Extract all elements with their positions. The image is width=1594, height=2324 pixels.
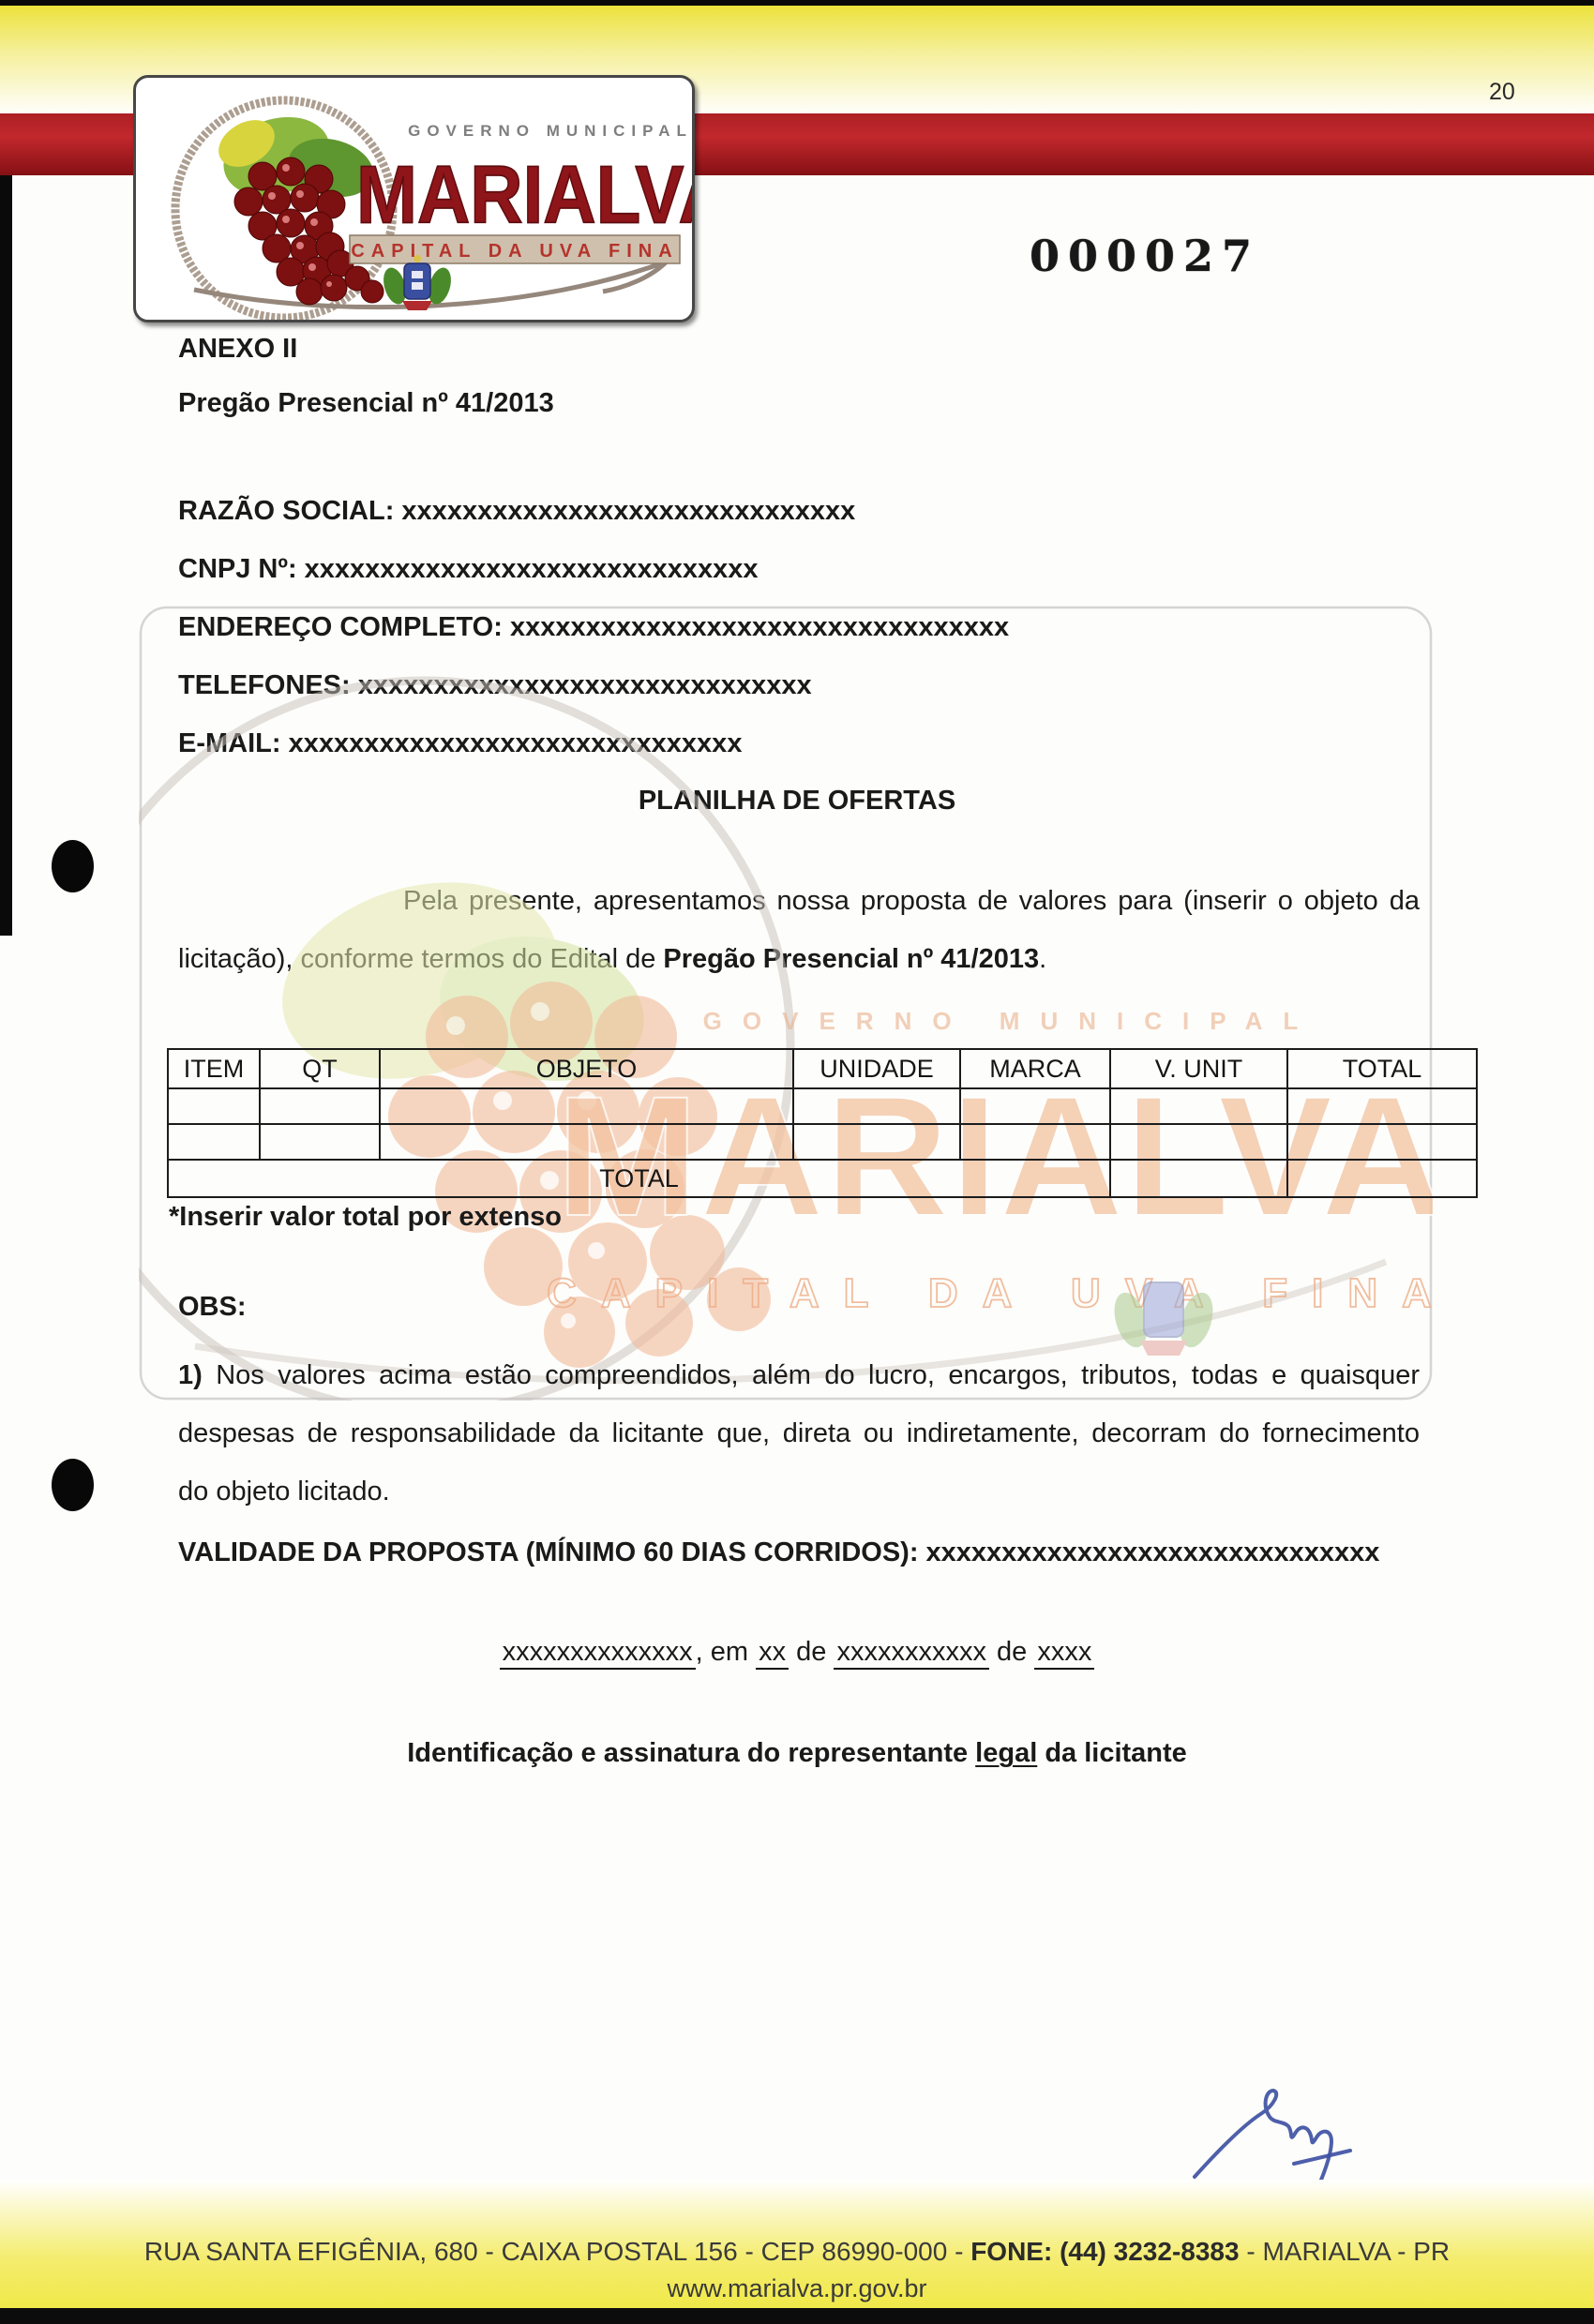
field-label: E-MAIL:	[178, 728, 281, 758]
field-razao-social: RAZÃO SOCIAL: xxxxxxxxxxxxxxxxxxxxxxxxxx…	[178, 482, 1009, 540]
signature-caption: Identificação e assinatura do representa…	[0, 1738, 1594, 1769]
logo-governo-text: GOVERNO MUNICIPAL	[408, 122, 692, 140]
logo-tagline-text: CAPITAL DA UVA FINA	[351, 241, 678, 262]
obs-paragraph: 1) Nos valores acima estão compreendidos…	[178, 1346, 1420, 1521]
col-header-unidade: UNIDADE	[793, 1049, 960, 1088]
scanned-document-page: 20 GOVERN	[0, 0, 1594, 2324]
marialva-logo-art: GOVERNO MUNICIPAL MARIALVA CAPITAL DA UV…	[136, 78, 692, 320]
page-number: 20	[1489, 79, 1515, 106]
document-number-stamp: 000027	[1030, 231, 1260, 281]
footer-address: RUA SANTA EFIGÊNIA, 680 - CAIXA POSTAL 1…	[144, 2237, 970, 2266]
field-label: ENDEREÇO COMPLETO:	[178, 612, 503, 642]
field-value: xxxxxxxxxxxxxxxxxxxxxxxxxxxxxx	[297, 554, 759, 584]
col-header-qt: QT	[260, 1049, 380, 1088]
paragraph-line-1: Pela presente, apresentamos nossa propos…	[178, 872, 1420, 930]
dateline-sep: de	[789, 1637, 834, 1667]
offers-table: ITEM QT OBJETO UNIDADE MARCA V. UNIT TOT…	[167, 1048, 1478, 1198]
obs-label: OBS:	[178, 1292, 247, 1323]
punch-hole-top	[52, 840, 94, 892]
footer-website: www.marialva.pr.gov.br	[0, 2274, 1594, 2303]
total-vunit-cell	[1110, 1160, 1287, 1197]
field-value: xxxxxxxxxxxxxxxxxxxxxxxxxxxxxx	[281, 728, 743, 758]
footer-city: - MARIALVA - PR	[1240, 2237, 1451, 2266]
field-endereco: ENDEREÇO COMPLETO: xxxxxxxxxxxxxxxxxxxxx…	[178, 598, 1009, 656]
col-header-objeto: OBJETO	[380, 1049, 793, 1088]
city-date-line: xxxxxxxxxxxxxx, em xx de xxxxxxxxxxx de …	[0, 1637, 1594, 1668]
field-value: xxxxxxxxxxxxxxxxxxxxxxxxxxxxxxxxx	[503, 612, 1009, 642]
signature-caption-prefix: Identificação e assinatura do representa…	[407, 1738, 975, 1768]
field-label: TELEFONES:	[178, 670, 351, 700]
obs-line-3: do objeto licitado.	[178, 1462, 1420, 1521]
col-header-marca: MARCA	[960, 1049, 1110, 1088]
proposal-paragraph: Pela presente, apresentamos nossa propos…	[178, 872, 1420, 988]
punch-hole-bottom	[52, 1459, 94, 1511]
obs-line-2: despesas de responsabilidade da licitant…	[178, 1404, 1420, 1462]
footer-phone: FONE: (44) 3232-8383	[970, 2237, 1239, 2266]
planilha-title: PLANILHA DE OFERTAS	[0, 786, 1594, 817]
paragraph-line-2-prefix: licitação), conforme termos do Edital de	[178, 944, 663, 974]
bidder-fields: RAZÃO SOCIAL: xxxxxxxxxxxxxxxxxxxxxxxxxx…	[178, 482, 1009, 772]
table-total-row: TOTAL	[168, 1160, 1477, 1197]
paragraph-line-2-bold: Pregão Presencial nº 41/2013	[663, 944, 1039, 974]
scan-edge-bottom	[0, 2308, 1594, 2324]
year-placeholder: xxxx	[1034, 1637, 1094, 1670]
anexo-title: ANEXO II	[178, 334, 297, 365]
validade-value: xxxxxxxxxxxxxxxxxxxxxxxxxxxxxx	[918, 1537, 1379, 1567]
month-placeholder: xxxxxxxxxxx	[834, 1637, 989, 1670]
table-note: *Inserir valor total por extenso	[169, 1202, 562, 1233]
obs-line-1: 1) Nos valores acima estão compreendidos…	[178, 1346, 1420, 1404]
logo-marialva-text: MARIALVA	[356, 148, 692, 240]
validade-label: VALIDADE DA PROPOSTA (MÍNIMO 60 DIAS COR…	[178, 1537, 918, 1567]
paragraph-line-2-suffix: .	[1039, 944, 1046, 974]
pregao-subtitle: Pregão Presencial nº 41/2013	[178, 388, 554, 419]
validade-line: VALIDADE DA PROPOSTA (MÍNIMO 60 DIAS COR…	[178, 1537, 1379, 1568]
watermark-tagline-text: CAPITAL DA UVA FINA	[547, 1270, 1433, 1316]
day-placeholder: xx	[756, 1637, 789, 1670]
watermark-coat-of-arms	[1108, 1282, 1218, 1356]
obs-line-1-text: Nos valores acima estão compreendidos, a…	[203, 1360, 1420, 1390]
dateline-sep: de	[989, 1637, 1034, 1667]
signature-caption-legal: legal	[975, 1738, 1037, 1768]
col-header-item: ITEM	[168, 1049, 260, 1088]
field-email: E-MAIL: xxxxxxxxxxxxxxxxxxxxxxxxxxxxxx	[178, 714, 1009, 772]
table-empty-row	[168, 1088, 1477, 1124]
col-header-vunit: V. UNIT	[1110, 1049, 1287, 1088]
table-empty-row	[168, 1124, 1477, 1160]
obs-item-number: 1)	[178, 1360, 203, 1390]
paragraph-line-2: licitação), conforme termos do Edital de…	[178, 930, 1420, 988]
total-value-cell	[1287, 1160, 1477, 1197]
field-value: xxxxxxxxxxxxxxxxxxxxxxxxxxxxxx	[351, 670, 812, 700]
field-value: xxxxxxxxxxxxxxxxxxxxxxxxxxxxxx	[394, 496, 855, 526]
field-label: CNPJ Nº:	[178, 554, 297, 584]
marialva-logo: GOVERNO MUNICIPAL MARIALVA CAPITAL DA UV…	[133, 75, 695, 322]
signature-caption-suffix: da licitante	[1037, 1738, 1187, 1768]
city-placeholder: xxxxxxxxxxxxxx	[500, 1637, 696, 1670]
footer-address-line: RUA SANTA EFIGÊNIA, 680 - CAIXA POSTAL 1…	[0, 2237, 1594, 2267]
watermark-governo-text: GOVERNO MUNICIPAL	[703, 1007, 1319, 1035]
field-cnpj: CNPJ Nº: xxxxxxxxxxxxxxxxxxxxxxxxxxxxxx	[178, 540, 1009, 598]
table-header-row: ITEM QT OBJETO UNIDADE MARCA V. UNIT TOT…	[168, 1049, 1477, 1088]
col-header-total: TOTAL	[1287, 1049, 1477, 1088]
dateline-sep: , em	[696, 1637, 756, 1667]
field-label: RAZÃO SOCIAL:	[178, 496, 394, 526]
field-telefones: TELEFONES: xxxxxxxxxxxxxxxxxxxxxxxxxxxxx…	[178, 656, 1009, 714]
total-label-cell: TOTAL	[168, 1160, 1110, 1197]
